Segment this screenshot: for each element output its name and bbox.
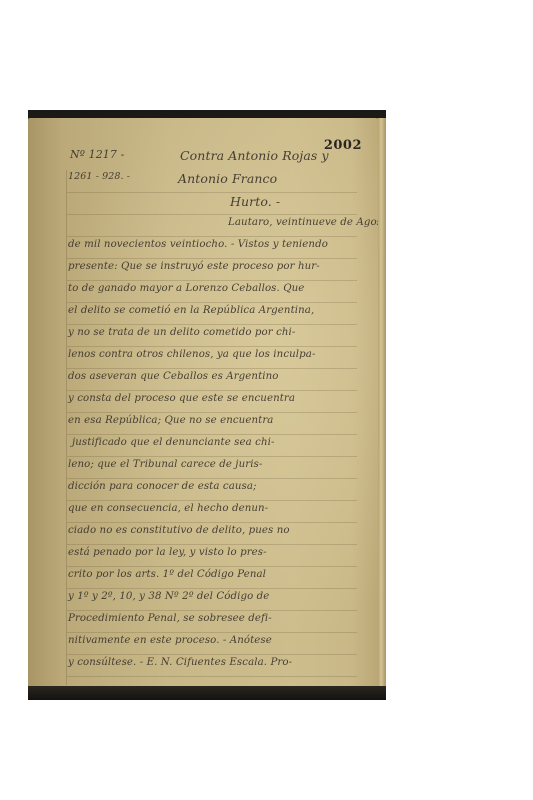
ruled-line (67, 632, 357, 633)
body-line: el delito se cometió en la República Arg… (68, 305, 314, 316)
ruled-line (67, 500, 357, 501)
ruled-line (67, 588, 357, 589)
ruled-line (67, 236, 357, 237)
ruled-line (67, 544, 357, 545)
body-line: ciado no es constitutivo de delito, pues… (68, 525, 290, 536)
ledger-page: 2002 Nº 1217 - 1261 - 928. - Contra Anto… (28, 118, 380, 692)
body-line: dos aseveran que Ceballos es Argentino (68, 371, 279, 382)
header-line-2: Antonio Franco (178, 171, 277, 186)
body-line: presente: Que se instruyó este proceso p… (68, 261, 320, 272)
ruled-line (67, 214, 357, 215)
body-line: y no se trata de un delito cometido por … (68, 327, 295, 338)
ruled-line (67, 522, 357, 523)
ruled-line (67, 434, 357, 435)
body-line: lenos contra otros chilenos, ya que los … (68, 349, 316, 360)
body-line: y consta del proceso que este se encuent… (68, 393, 295, 404)
ruled-line (67, 390, 357, 391)
body-line: que en consecuencia, el hecho denun- (68, 503, 268, 514)
binding-shadow (28, 686, 386, 700)
body-line: justificado que el denunciante sea chi- (72, 437, 275, 448)
body-line: en esa República; Que no se encuentra (68, 415, 273, 426)
case-reference: 1261 - 928. - (68, 171, 130, 182)
ruled-line (67, 412, 357, 413)
ruled-line (67, 192, 357, 193)
ruled-line (67, 654, 357, 655)
ruled-line (67, 676, 357, 677)
ledger-photograph: 2002 Nº 1217 - 1261 - 928. - Contra Anto… (28, 110, 386, 700)
body-line: y consúltese. - E. N. Cifuentes Escala. … (68, 657, 292, 668)
ruled-line (67, 324, 357, 325)
body-line: y 1º y 2º, 10, y 38 Nº 2º del Código de (68, 591, 269, 602)
ruled-line (67, 610, 357, 611)
body-line: Procedimiento Penal, se sobresee defi- (68, 613, 272, 624)
body-line: to de ganado mayor a Lorenzo Ceballos. Q… (68, 283, 304, 294)
ruled-line (67, 368, 357, 369)
ruled-line (67, 566, 357, 567)
body-line: está penado por la ley, y visto lo pres- (68, 547, 267, 558)
record-number: Nº 1217 - (70, 148, 124, 161)
body-line: de mil novecientos veintiocho. - Vistos … (68, 239, 328, 250)
ruled-line (67, 302, 357, 303)
ruled-line (67, 456, 357, 457)
header-line-1: Contra Antonio Rojas y (180, 148, 329, 163)
ruled-line (67, 346, 357, 347)
page-edge (378, 118, 386, 692)
ruled-line (67, 258, 357, 259)
ruled-line (67, 478, 357, 479)
folio-number: 2002 (324, 138, 362, 153)
body-line: leno; que el Tribunal carece de juris- (68, 459, 262, 470)
ruled-line (67, 280, 357, 281)
header-line-3: Hurto. - (230, 194, 280, 209)
body-line: Lautaro, veintinueve de Agosto (228, 217, 386, 228)
body-line: crito por los arts. 1º del Código Penal (68, 569, 266, 580)
body-line: dicción para conocer de esta causa; (68, 481, 257, 492)
body-line: nitivamente en este proceso. - Anótese (68, 635, 272, 646)
